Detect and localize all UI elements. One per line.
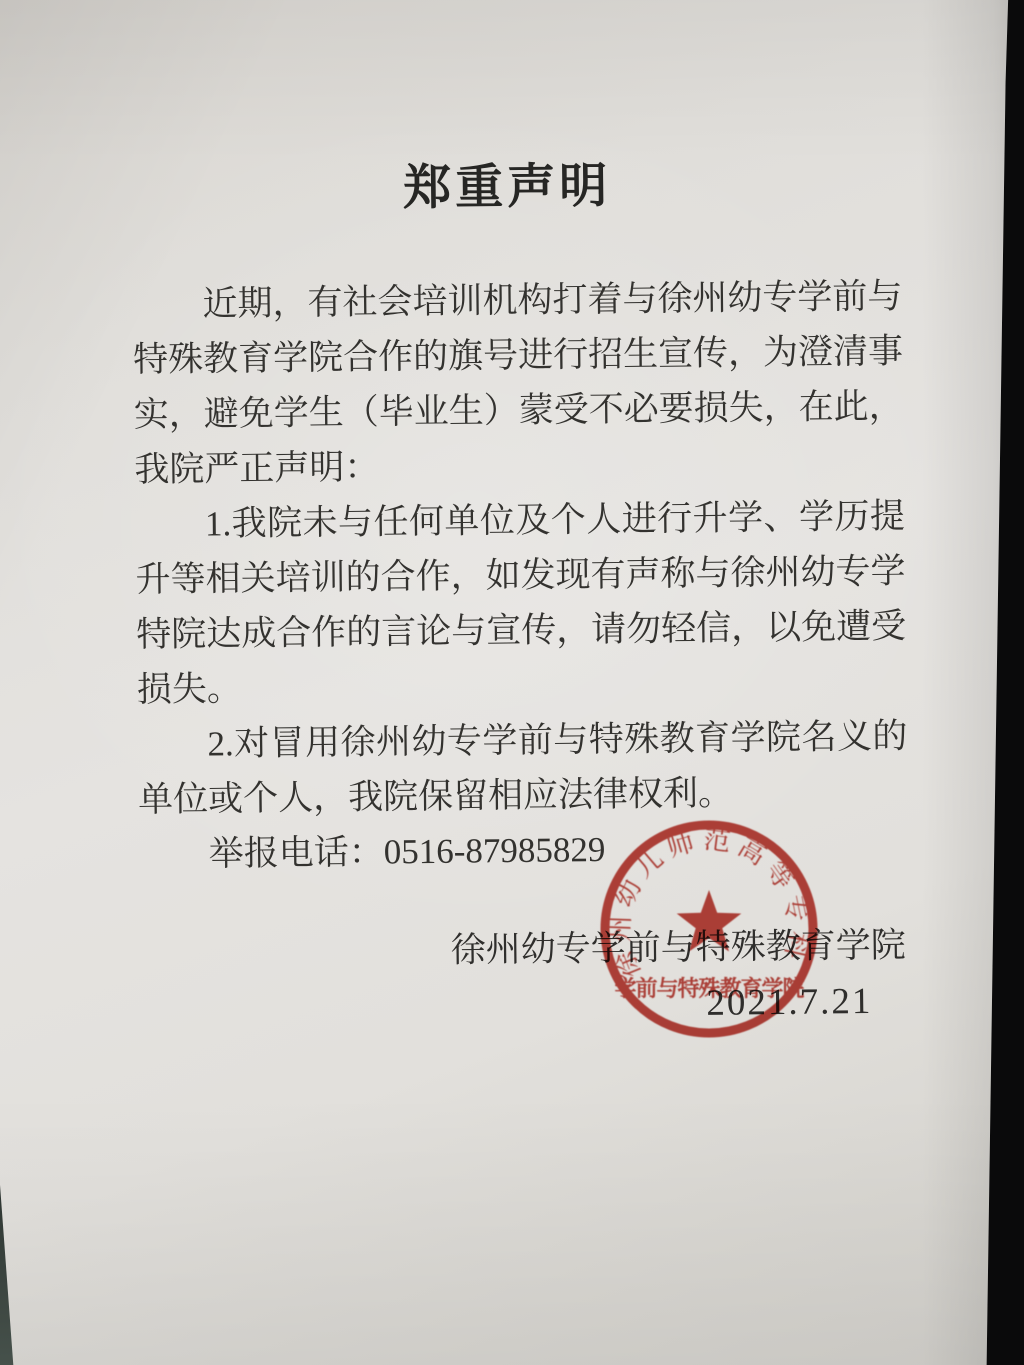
- statement-item-2: 2.对冒用徐州幼专学前与特殊教育学院名义的单位或个人，我院保留相应法律权利。: [137, 709, 908, 828]
- seal-bottom-text: 学前与特殊教育学院: [614, 976, 804, 1001]
- document-content: 郑重声明 近期，有社会培训机构打着与徐州幼专学前与特殊教育学院合作的旗号进行招生…: [0, 0, 1024, 1365]
- document-page: 郑重声明 近期，有社会培训机构打着与徐州幼专学前与特殊教育学院合作的旗号进行招生…: [0, 0, 1024, 1365]
- seal-arc-text-holder: 徐州幼儿师范高等专科学校: [592, 812, 813, 983]
- document-body: 近期，有社会培训机构打着与徐州幼专学前与特殊教育学院合作的旗号进行招生宣传，为澄…: [132, 269, 909, 883]
- official-seal: 徐州幼儿师范高等专科学校 学前与特殊教育学院: [592, 812, 826, 1046]
- star-icon: [677, 890, 742, 952]
- statement-item-1: 1.我院未与任何单位及个人进行升学、学历提升等相关培训的合作，如发现有声称与徐州…: [135, 489, 907, 718]
- seal-arc-text: 徐州幼儿师范高等专科学校: [592, 812, 813, 983]
- document-title: 郑重声明: [0, 142, 1019, 223]
- photo-background: 郑重声明 近期，有社会培训机构打着与徐州幼专学前与特殊教育学院合作的旗号进行招生…: [0, 0, 1024, 1365]
- paragraph-intro: 近期，有社会培训机构打着与徐州幼专学前与特殊教育学院合作的旗号进行招生宣传，为澄…: [132, 269, 904, 498]
